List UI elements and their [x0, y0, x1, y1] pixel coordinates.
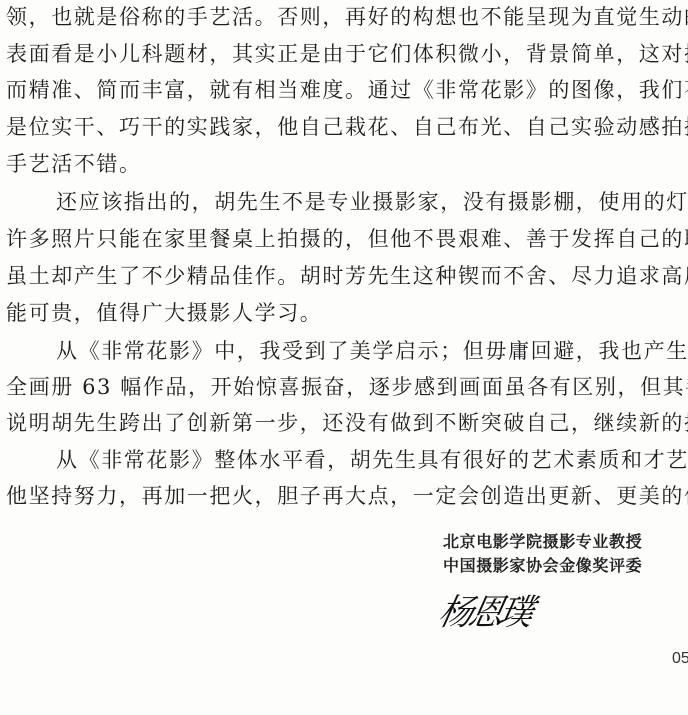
text-line: 能可贵，值得广大摄影人学习。 [6, 298, 682, 328]
author-title-1: 北京电影学院摄影专业教授 [443, 530, 642, 554]
author-credentials: 北京电影学院摄影专业教授 中国摄影家协会金像奖评委 [443, 530, 642, 578]
text-line: 还应该指出的，胡先生不是专业摄影家，没有摄影棚，使用的灯光和器材也比较一般， [6, 187, 682, 217]
text-line: 表面看是小儿科题材，其实正是由于它们体积微小，背景简单，这对摄影造型如何做到小 [6, 39, 682, 69]
text-line: 虽土却产生了不少精品佳作。胡时芳先生这种锲而不舍、尽力追求高质量的精神，实在难 [6, 261, 682, 291]
text-line: 手艺活不错。 [6, 149, 682, 179]
text-line: 而精准、简而丰富，就有相当难度。通过《非常花影》的图像，我们不难发现胡时芳先生 [6, 75, 682, 105]
text-line: 是位实干、巧干的实践家，他自己栽花、自己布光、自己实验动感拍摄，自己操作电脑…， [6, 112, 682, 142]
text-line: 许多照片只能在家里餐桌上拍摄的，但他不畏艰难、善于发挥自己的聪明才智，因而办法 [6, 224, 682, 254]
text-line: 领，也就是俗称的手艺活。否则，再好的构想也不能呈现为直觉生动的画面影像。拍摄花卉… [6, 2, 682, 32]
author-title-2: 中国摄影家协会金像奖评委 [443, 554, 642, 578]
book-page: 领，也就是俗称的手艺活。否则，再好的构想也不能呈现为直觉生动的画面影像。拍摄花卉… [0, 0, 688, 715]
text-line: 从《非常花影》整体水平看，胡先生具有很好的艺术素质和才艺智慧，我相信：只要 [6, 445, 682, 475]
text-line: 他坚持努力，再加一把火，胆子再大点，一定会创造出更新、更美的作品。 [6, 481, 682, 511]
text-line: 从《非常花影》中，我受到了美学启示；但毋庸回避，我也产生某些不满足感。观赏 [6, 336, 682, 366]
text-line: 全画册 63 幅作品，开始惊喜振奋，逐步感到画面虽各有区别，但其手法大多属于同样… [6, 372, 682, 402]
page-number: 05 [672, 650, 688, 668]
text-line: 说明胡先生跨出了创新第一步，还没有做到不断突破自己，继续新的探索。 [6, 408, 682, 438]
handwritten-signature: 杨恩璞 [435, 584, 536, 635]
